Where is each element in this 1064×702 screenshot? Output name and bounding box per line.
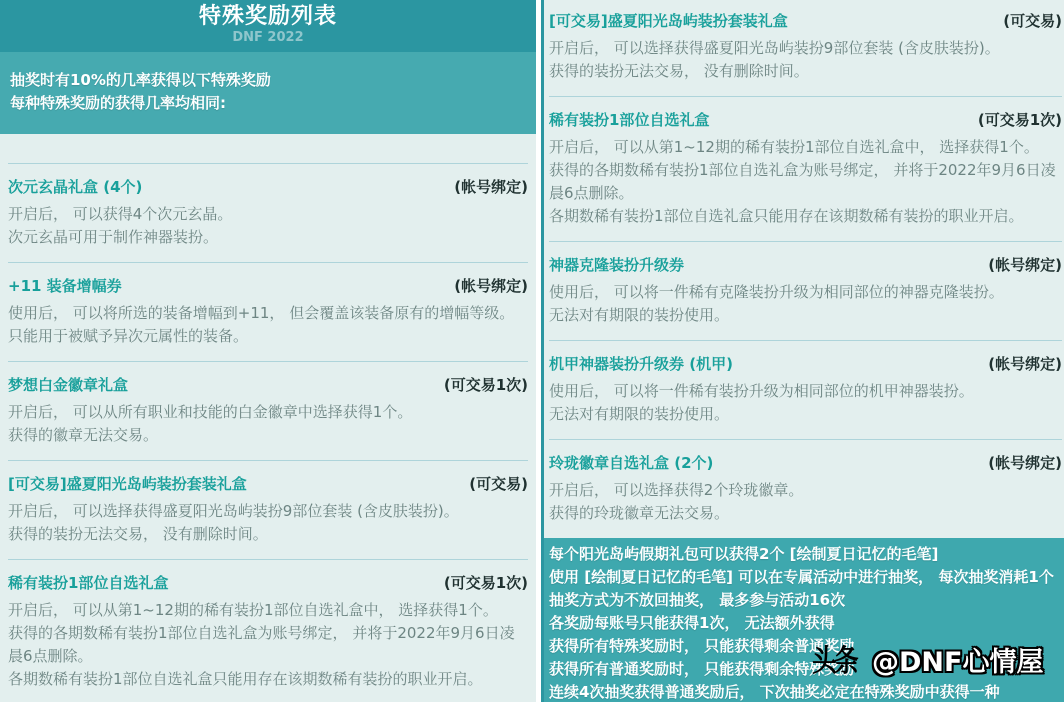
trade-status-badge: (帐号绑定) [454, 275, 528, 296]
reward-item: 稀有装扮1部位自选礼盒 (可交易1次) 开启后， 可以从第1~12期的稀有装扮1… [549, 96, 1062, 241]
reward-title: [可交易]盛夏阳光岛屿装扮套装礼盒 [549, 10, 788, 31]
reward-title: 玲珑徽章自选礼盒 (2个) [549, 452, 713, 473]
reward-item: 稀有装扮1部位自选礼盒 (可交易1次) 开启后， 可以从第1~12期的稀有装扮1… [8, 559, 528, 702]
trade-status-badge: (可交易1次) [978, 109, 1062, 130]
page-header: 特殊奖励列表 DNF 2022 [0, 0, 536, 52]
reward-title: 梦想白金徽章礼盒 [8, 374, 128, 395]
reward-desc-line: 无法对有期限的装扮使用。 [549, 304, 1062, 327]
reward-desc-line: 使用后， 可以将所选的装备增幅到+11， 但会覆盖该装备原有的增幅等级。 [8, 302, 528, 325]
left-reward-list: 次元玄晶礼盒 (4个) (帐号绑定) 开启后， 可以获得4个次元玄晶。 次元玄晶… [0, 134, 536, 702]
intro-line: 每种特殊奖励的获得几率均相同: [10, 92, 526, 115]
left-column: 特殊奖励列表 DNF 2022 抽奖时有10%的几率获得以下特殊奖励 每种特殊奖… [0, 0, 536, 702]
trade-status-badge: (可交易) [1003, 10, 1062, 31]
watermark-handle: @DNF心情屋 [872, 647, 1043, 678]
reward-item: 玲珑徽章自选礼盒 (2个) (帐号绑定) 开启后， 可以选择获得2个玲珑徽章。 … [549, 439, 1062, 538]
reward-desc-line: 开启后， 可以从第1~12期的稀有装扮1部位自选礼盒中， 选择获得1个。 [8, 599, 528, 622]
reward-desc-line: 获得的徽章无法交易。 [8, 424, 528, 447]
reward-item: [可交易]盛夏阳光岛屿装扮套装礼盒 (可交易) 开启后， 可以选择获得盛夏阳光岛… [8, 460, 528, 559]
trade-status-badge: (帐号绑定) [454, 176, 528, 197]
trade-status-badge: (可交易1次) [444, 374, 528, 395]
reward-desc-line: 无法对有期限的装扮使用。 [549, 403, 1062, 426]
reward-title: 神器克隆装扮升级券 [549, 254, 684, 275]
reward-item: 神器克隆装扮升级券 (帐号绑定) 使用后， 可以将一件稀有克隆装扮升级为相同部位… [549, 241, 1062, 340]
footer-rule-line: 每个阳光岛屿假期礼包可以获得2个 [绘制夏日记忆的毛笔] [549, 543, 1060, 566]
right-reward-list: [可交易]盛夏阳光岛屿装扮套装礼盒 (可交易) 开启后， 可以选择获得盛夏阳光岛… [544, 0, 1064, 538]
right-column: [可交易]盛夏阳光岛屿装扮套装礼盒 (可交易) 开启后， 可以选择获得盛夏阳光岛… [541, 0, 1064, 702]
watermark-logo: 头条 [812, 645, 856, 679]
reward-desc-line: 使用后， 可以将一件稀有装扮升级为相同部位的机甲神器装扮。 [549, 380, 1062, 403]
reward-desc-line: 各期数稀有装扮1部位自选礼盒只能用存在该期数稀有装扮的职业开启。 [549, 205, 1062, 228]
reward-desc-line: 开启后， 可以获得4个次元玄晶。 [8, 203, 528, 226]
reward-item: 机甲神器装扮升级券 (机甲) (帐号绑定) 使用后， 可以将一件稀有装扮升级为相… [549, 340, 1062, 439]
reward-desc-line: 获得的装扮无法交易， 没有删除时间。 [8, 523, 528, 546]
trade-status-badge: (可交易1次) [444, 572, 528, 593]
page-subtitle: DNF 2022 [0, 30, 536, 46]
footer-rule-line: 抽奖方式为不放回抽奖， 最多参与活动16次 [549, 589, 1060, 612]
intro-banner: 抽奖时有10%的几率获得以下特殊奖励 每种特殊奖励的获得几率均相同: [0, 52, 536, 134]
reward-item: [可交易]盛夏阳光岛屿装扮套装礼盒 (可交易) 开启后， 可以选择获得盛夏阳光岛… [549, 0, 1062, 96]
trade-status-badge: (可交易) [469, 473, 528, 494]
reward-desc-line: 使用后， 可以将一件稀有克隆装扮升级为相同部位的神器克隆装扮。 [549, 281, 1062, 304]
page-title: 特殊奖励列表 [0, 0, 536, 30]
reward-title: 稀有装扮1部位自选礼盒 [8, 572, 168, 593]
reward-item: 次元玄晶礼盒 (4个) (帐号绑定) 开启后， 可以获得4个次元玄晶。 次元玄晶… [8, 163, 528, 262]
reward-desc-line: 获得的玲珑徽章无法交易。 [549, 502, 1062, 525]
reward-desc-line: 获得的各期数稀有装扮1部位自选礼盒为账号绑定， 并将于2022年9月6日凌晨6点… [8, 622, 528, 668]
reward-title: 机甲神器装扮升级券 (机甲) [549, 353, 733, 374]
reward-desc-line: 获得的装扮无法交易， 没有删除时间。 [549, 60, 1062, 83]
trade-status-badge: (帐号绑定) [988, 254, 1062, 275]
reward-item: +11 装备增幅券 (帐号绑定) 使用后， 可以将所选的装备增幅到+11， 但会… [8, 262, 528, 361]
reward-desc-line: 次元玄晶可用于制作神器装扮。 [8, 226, 528, 249]
reward-desc-line: 获得的各期数稀有装扮1部位自选礼盒为账号绑定， 并将于2022年9月6日凌晨6点… [549, 159, 1062, 205]
reward-title: +11 装备增幅券 [8, 275, 122, 296]
reward-desc-line: 各期数稀有装扮1部位自选礼盒只能用存在该期数稀有装扮的职业开启。 [8, 668, 528, 691]
reward-title: 稀有装扮1部位自选礼盒 [549, 109, 709, 130]
trade-status-badge: (帐号绑定) [988, 353, 1062, 374]
watermark: 头条@DNF心情屋 [812, 645, 1043, 680]
reward-desc-line: 开启后， 可以从第1~12期的稀有装扮1部位自选礼盒中， 选择获得1个。 [549, 136, 1062, 159]
footer-rule-line: 各奖励每账号只能获得1次， 无法额外获得 [549, 612, 1060, 635]
footer-rule-line: 使用 [绘制夏日记忆的毛笔] 可以在专属活动中进行抽奖， 每次抽奖消耗1个 [549, 566, 1060, 589]
intro-line: 抽奖时有10%的几率获得以下特殊奖励 [10, 69, 526, 92]
trade-status-badge: (帐号绑定) [988, 452, 1062, 473]
reward-item: 梦想白金徽章礼盒 (可交易1次) 开启后， 可以从所有职业和技能的白金徽章中选择… [8, 361, 528, 460]
footer-rule-line: 连续4次抽奖获得普通奖励后， 下次抽奖必定在特殊奖励中获得一种 [549, 681, 1060, 702]
reward-title: [可交易]盛夏阳光岛屿装扮套装礼盒 [8, 473, 247, 494]
reward-desc-line: 开启后， 可以选择获得2个玲珑徽章。 [549, 479, 1062, 502]
reward-title: 次元玄晶礼盒 (4个) [8, 176, 142, 197]
reward-desc-line: 开启后， 可以选择获得盛夏阳光岛屿装扮9部位套装 (含皮肤装扮)。 [549, 37, 1062, 60]
reward-desc-line: 只能用于被赋予异次元属性的装备。 [8, 325, 528, 348]
special-rewards-page: 特殊奖励列表 DNF 2022 抽奖时有10%的几率获得以下特殊奖励 每种特殊奖… [0, 0, 1064, 702]
reward-desc-line: 开启后， 可以选择获得盛夏阳光岛屿装扮9部位套装 (含皮肤装扮)。 [8, 500, 528, 523]
reward-desc-line: 开启后， 可以从所有职业和技能的白金徽章中选择获得1个。 [8, 401, 528, 424]
